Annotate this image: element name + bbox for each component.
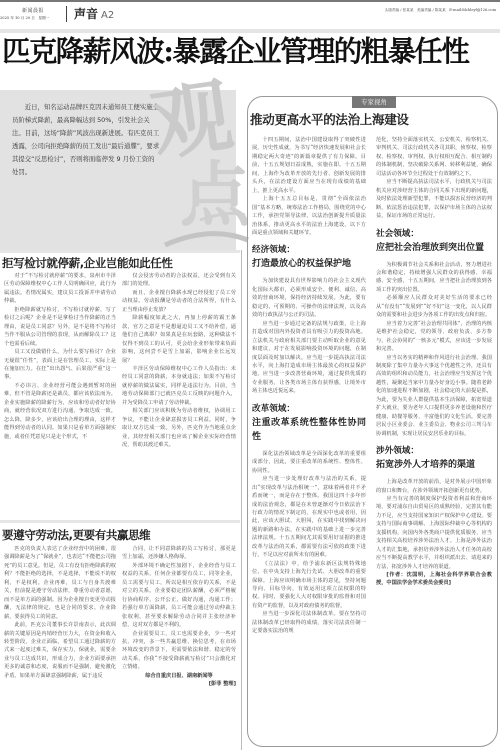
paragraph: 而且，企业擅自降薪水现已经侵犯了员工劳动权益。劳动报酬是劳动者的合法所得，有什么… [122, 289, 236, 314]
subhead-economy-2: 打造最放心的权益保护地 [252, 257, 366, 271]
swoosh-decor-icon [160, 210, 250, 250]
subhead-foreign-1: 涉外领域： [376, 444, 492, 458]
article-2-title: 要遵守劳动法,更要有共赢思维 [2, 527, 150, 543]
paragraph: 必须顺应人民群众对美好生活的要求已经从“有没有”“发展到”“好不好”这一变化，以… [376, 294, 492, 319]
paragraph: 应当不断提高执法司法水平，行政机关与司法机关应对涉经营主体的合同关系下出现的新问… [376, 178, 492, 220]
paragraph: 降薪幅度如此之大，再加上停薪的霸王条款，官方之意是不是想逼迫员工又不给补偿，逼他… [122, 314, 236, 365]
section-rule [0, 250, 240, 253]
paragraph: 十四五期间，法治中国建设取得了突破性进展，历史性成就，为书写“经济快速发展和社会… [252, 136, 366, 195]
paragraph: 应当进一步深化司法体制改革。要在坚持司法体制改革已经取得的成绩，落实司法责任制一… [252, 610, 366, 635]
subhead-reform-2: 注重改革系统性整体性协同性 [252, 416, 366, 444]
editor-credit: [彭菲 整理] [122, 680, 236, 688]
article-2-column-1: 匹克的负责人表达了企业经营中的困难，很强调降薪是为了“保就业”，也表达“不能把公… [4, 545, 116, 747]
paragraph: 拒绝降薪就写检讨，不写检讨就停薪，写了检讨之后呢？企业是不是拿检讨当作降薪的正当… [4, 306, 116, 348]
paragraph: 上海十五五总目标是，贯彻“全面依法治国”基本方略，统筹法治工作格局，围绕党的中心… [252, 195, 366, 237]
paragraph: 相关部门应该积极为劳动者维权，协调用工争议，不能让企业肆意损害员工利益。同时，争… [122, 407, 236, 449]
top-rule [0, 0, 500, 2]
paragraph: 应当以务实的精神和作风进行社会治理，我国制度除了集中力量办大事这个优越性之外，还… [376, 354, 492, 439]
paragraph: 《立法法》中，给予浦东新区法规特殊地位，在中央支持上海先行先试、大胆改革的重要保… [252, 560, 366, 611]
editors-credit: 头版责编 / 张某某 美编责编 / 陈某某 E-mail:fdchleyf@12… [385, 8, 496, 13]
paragraph: 合同，让不同意降薪的员工写检讨，那更是雪上加霜，还涉嫌人格侮辱。 [122, 545, 236, 562]
paragraph: 仅会侵害劳动者的合法权益，还会受到有关部门的处理。 [122, 272, 236, 289]
subhead-social-1: 社会领域： [376, 227, 492, 241]
paragraph: 应当进一步处理好改革与法治的关系，提出“实现改革与法治相统一”，意味着两者并不矛… [252, 475, 366, 560]
paragraph: 上海是改革开放的前沿，是对外展示中国形象的窗口和舞台，在涉外领域开拓创新更有优势… [376, 478, 492, 495]
paragraph: 不必讳言，企业经营可能会遇到暂时的困难，但不管是降薪还是裁员，都应该依法而为。企… [4, 382, 116, 441]
subhead-social-2: 应把社会治理放到突出位置 [376, 241, 492, 255]
paragraph: 为加快建设具有世界影响力的社会主义现代化国际大都市，必须形成安全、便利、诚信、高… [252, 277, 366, 319]
expert-column-2: 范化，坚持全面落实机关、公安机关、检察机关、审判机关、司法行政机关各司其职，侦察… [376, 136, 492, 744]
paragraph: 为积极调节社会关系和社会活动，努力增进社会和谐稳定，持续增强人民群众的获得感、幸… [376, 261, 492, 295]
paragraph: 丰泽区劳动保障维权中心工作人员指出：未经员工同意的降薪，本身就违法；如果不写检讨… [122, 365, 236, 407]
intro-text: 近日，知名运动品牌匹克因未通知员工便实施全员阶梯式降薪，最高降幅达到 50%，引… [12, 101, 160, 179]
paragraph: 范化，坚持全面落实机关、公安机关、检察机关、审判机关、司法行政机关各司其职，侦察… [376, 136, 492, 178]
paragraph: 此前，匹克公司董事长许景南表示，此次调薪的关键原因是内销经营压力大，在资金和收入… [4, 621, 116, 680]
page-code: A2 [101, 10, 114, 21]
article-1-column-2: 仅会侵害劳动者的合法权益，还会受到有关部门的处理。 而且，企业擅自降薪水现已经侵… [122, 272, 236, 500]
column-divider [241, 250, 242, 750]
paper-name: 新闻晨报 [22, 7, 44, 14]
expert-tag: 专家视角 [352, 96, 396, 108]
paragraph: 员工又没做错什么，为什么要写检讨？企业无疑很“任性”，表面上是在管理员工，实际上… [4, 348, 116, 382]
issue-date: 2025 年 10 月 20 日 星期一 [0, 16, 49, 21]
subhead-economy-1: 经济领域： [252, 243, 366, 257]
article-2-column-2: 合同，让不同意降薪的员工写检讨，那更是雪上加霜，还涉嫌人格侮辱。 外部环境不确定… [122, 545, 236, 749]
expert-title: 推动更高水平的法治上海建设 [250, 110, 409, 128]
paragraph: 应当进一步通过完备的法规与政策，让上海打造成对国内外投资者具有吸引力的投资高地。… [252, 320, 366, 396]
source-credit: 综合自重庆日报、湖南新闻等 [122, 672, 236, 680]
paragraph: 企业需要员工，员工也需要企业，少一些对抗、冲突，多一些共赢思维、换位思考，在市场… [122, 630, 236, 672]
article-1-column-1: 对于“不写检讨就停薪”的要求，泉州市丰泽区劳动保障维权中心工作人员明确回应，此行… [4, 272, 116, 500]
section-name: 声音 [74, 7, 98, 21]
section-label: 声音A2 [74, 5, 114, 22]
masthead: 新闻晨报 2025 年 10 月 20 日 星期一 声音A2 头版责编 / 张某… [0, 4, 500, 28]
article-1-title: 拒写检讨就停薪,企业岂能如此任性 [2, 255, 172, 271]
paragraph: 应当有完善的制度保护投资者利益和营商环境，要对浦东自由贸易区的成熟经验，完善其有… [376, 495, 492, 571]
paragraph: 深化法治领域改革是全面深化改革的重要组成部分，因此，要注重改革的系统性、整体性、… [252, 450, 366, 475]
subhead-reform-1: 改革领域： [252, 402, 366, 416]
subhead-foreign-2: 拓宽涉外人才培养的渠道 [376, 458, 492, 472]
header-bar [0, 29, 500, 33]
section-rule [0, 520, 240, 523]
paragraph: 对于“不写检讨就停薪”的要求，泉州市丰泽区劳动保障维权中心工作人员明确回应，此行… [4, 272, 116, 306]
expert-column-1: 十四五期间，法治中国建设取得了突破性进展，历史性成就，为书写“经济快速发展和社会… [252, 136, 366, 744]
paragraph: 外部环境不确定性加剧下，企业经营与员工权益的关系，任何企业都要有员工，同等企业，… [122, 562, 236, 630]
guan-decor-char: 观 [147, 75, 233, 165]
masthead-divider [66, 6, 67, 22]
paragraph: 匹克的负责人表达了企业经营中的困难，很强调降薪是为了“保就业”，也表达“不能把公… [4, 545, 116, 621]
author-credit: [作者：沈国明，上海社会科学界联合会教授，中国法学会学术委员会委员] [376, 571, 492, 588]
paragraph: 应当着力完善“社会治理共同体”，治理的内核是维护社会稳定，党的领导、政府负责、多… [376, 320, 492, 354]
page-headline: 匹克降薪风波:暴露企业管理的粗暴任性 [2, 36, 498, 66]
